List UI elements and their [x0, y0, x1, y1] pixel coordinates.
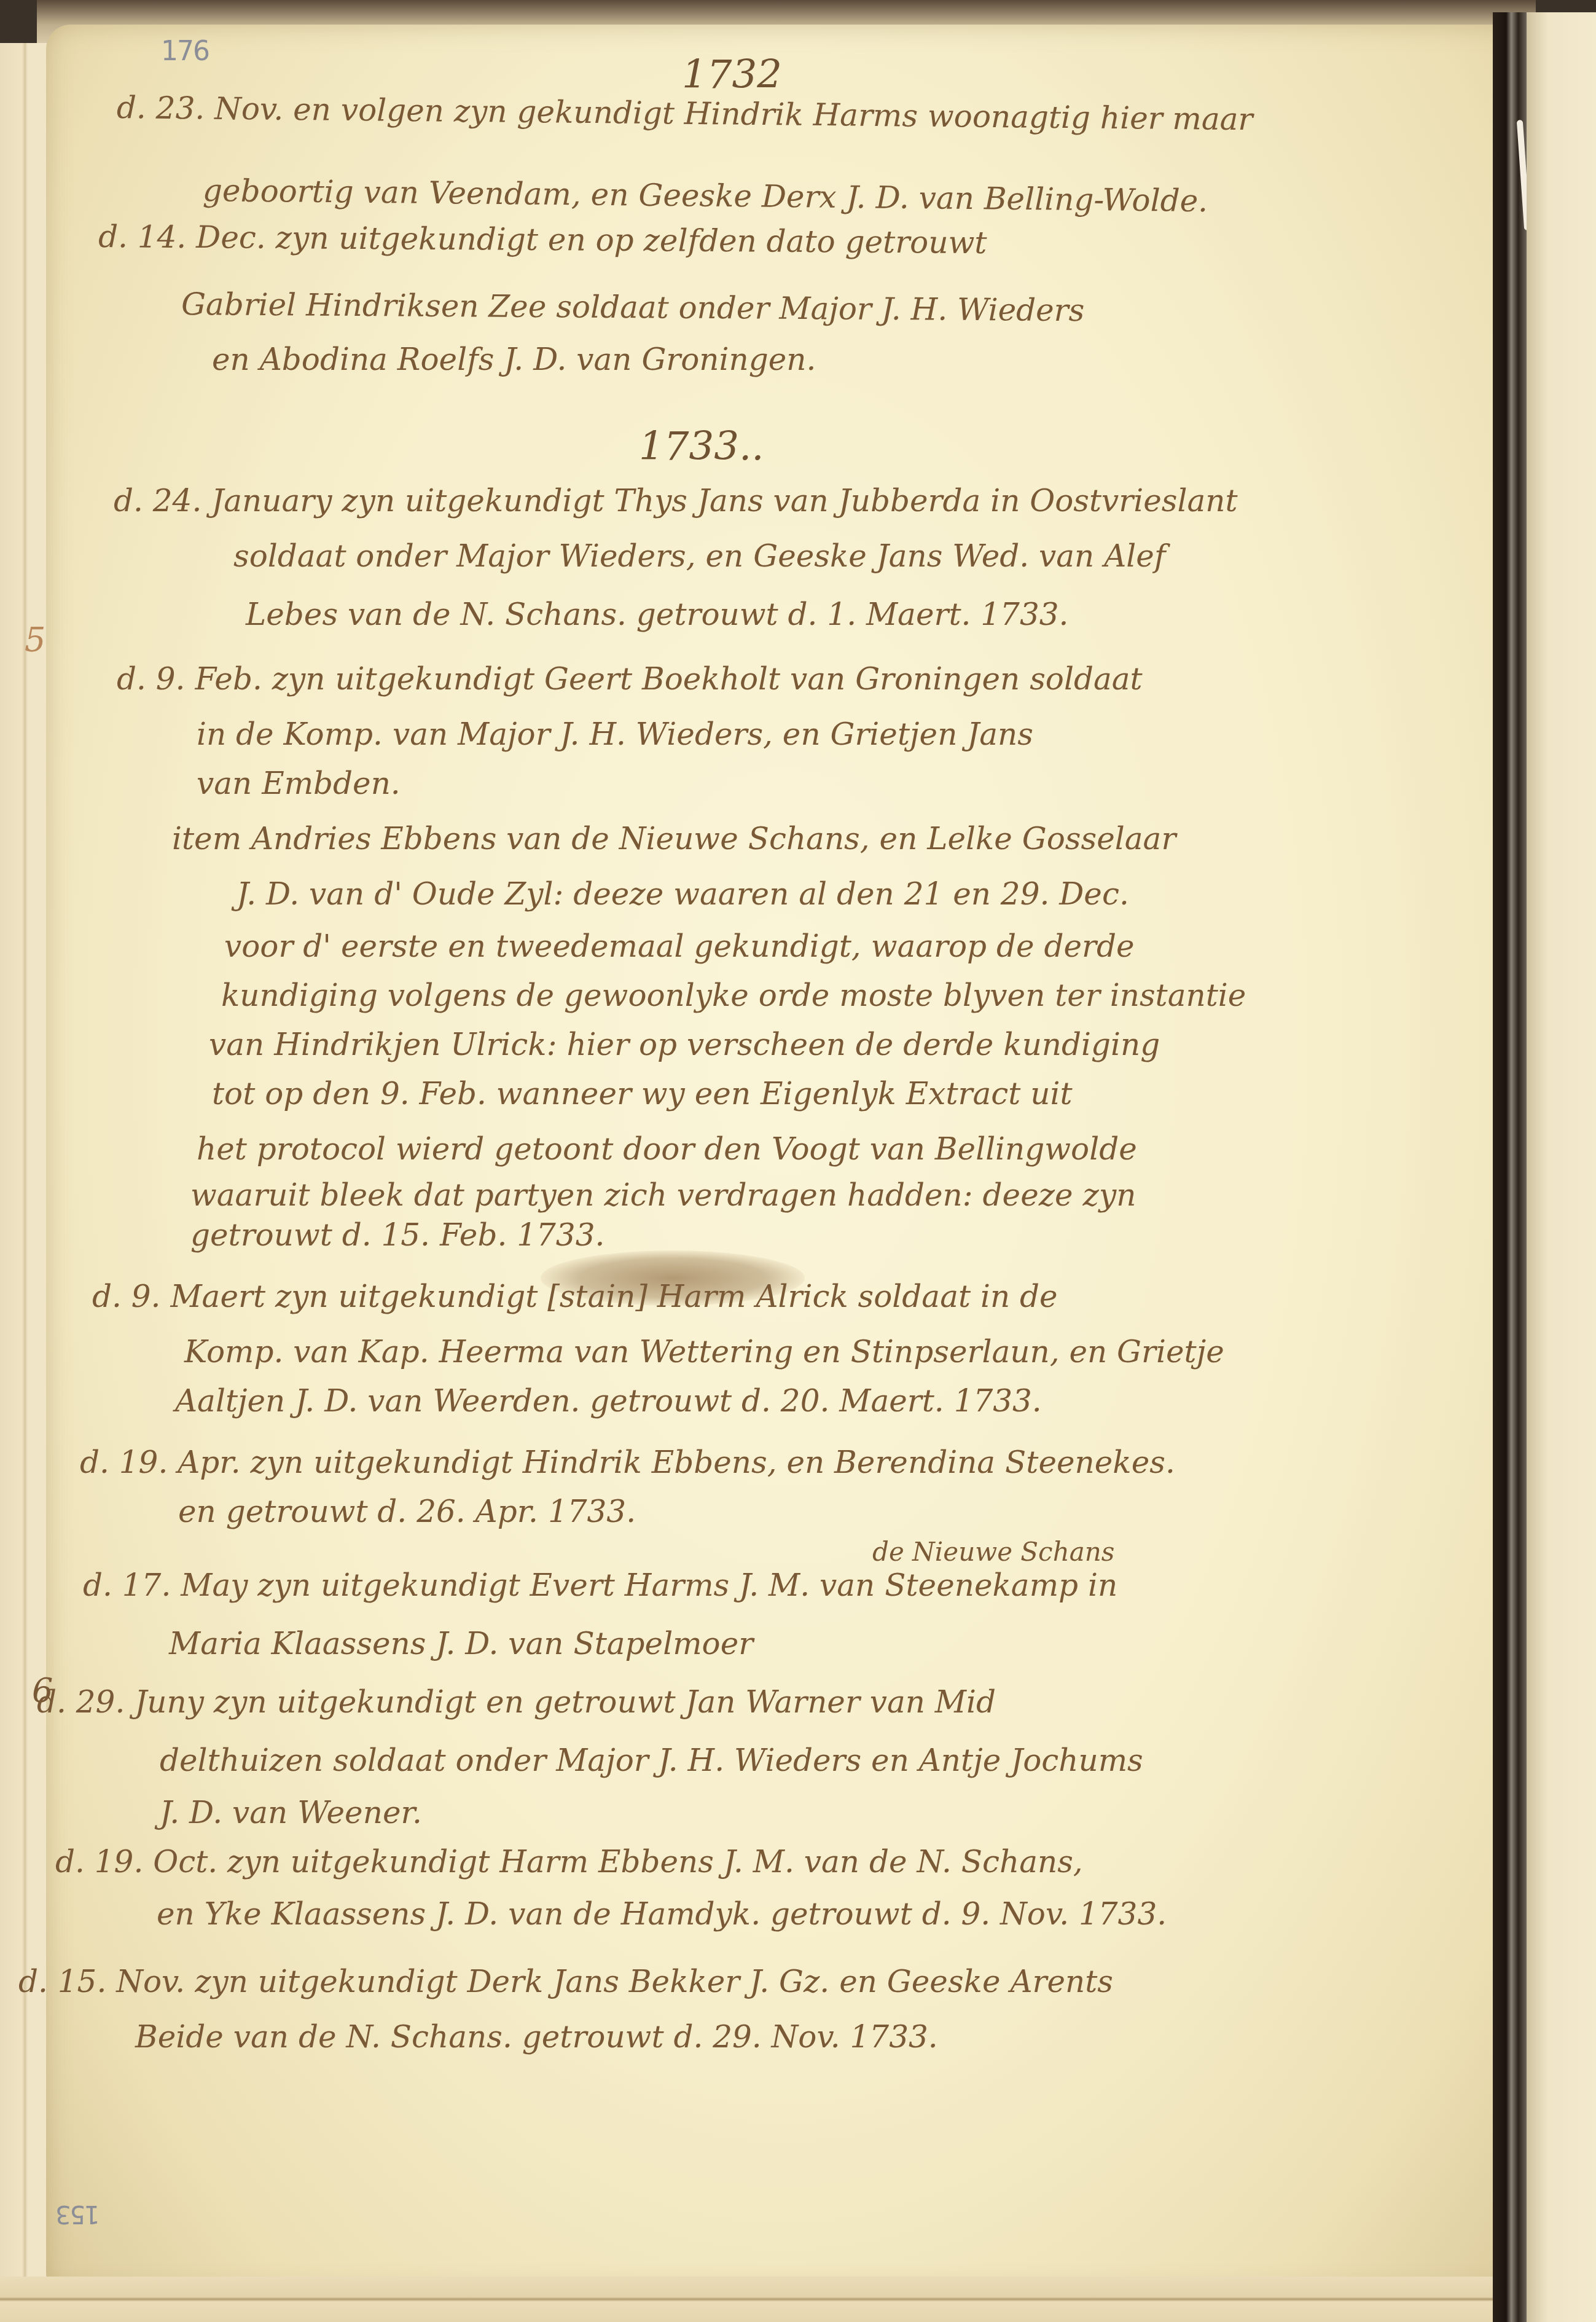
entry-line: d. 14. Dec. zyn uitgekundigt en op zelfd…	[98, 221, 987, 258]
margin-mark: 5	[25, 621, 45, 659]
entry-line: soldaat onder Major Wieders, en Geeske J…	[233, 541, 1165, 571]
entry-line: J. D. van Weener.	[160, 1797, 422, 1828]
entry-line: voor d' eerste en tweedemaal gekundigt, …	[224, 931, 1135, 962]
entry-line: Komp. van Kap. Heerma van Wettering en S…	[184, 1336, 1224, 1367]
entry-line: en getrouwt d. 26. Apr. 1733.	[178, 1496, 636, 1527]
entry-line: d. 29. Juny zyn uitgekundigt en getrouwt…	[37, 1687, 996, 1717]
entry-line: Gabriel Hindriksen Zee soldaat onder Maj…	[181, 289, 1085, 326]
entry-line: Maria Klaassens J. D. van Stapelmoer	[169, 1628, 753, 1659]
year-heading-1733: 1733..	[639, 424, 764, 469]
entry-line: van Embden.	[197, 768, 401, 799]
book-bottom-edges	[0, 2277, 1517, 2322]
entry-line: Aaltjen J. D. van Weerden. getrouwt d. 2…	[175, 1386, 1042, 1416]
entry-line: kundiging volgens de gewoonlyke orde mos…	[221, 980, 1246, 1011]
folio-number-bottom: 153	[57, 2200, 100, 2228]
entry-line: d. 9. Feb. zyn uitgekundigt Geert Boekho…	[117, 664, 1143, 694]
entry-line: d. 19. Apr. zyn uitgekundigt Hindrik Ebb…	[80, 1447, 1175, 1478]
entry-line: delthuizen soldaat onder Major J. H. Wie…	[160, 1745, 1143, 1776]
entry-line: d. 15. Nov. zyn uitgekundigt Derk Jans B…	[18, 1966, 1113, 1997]
entry-line: d. 9. Maert zyn uitgekundigt [stain] Har…	[92, 1281, 1058, 1312]
entry-line: het protocol wierd getoont door den Voog…	[197, 1134, 1137, 1164]
entry-line: van Hindrikjen Ulrick: hier op verscheen…	[209, 1029, 1160, 1060]
folio-number-top: 176	[161, 36, 209, 67]
entry-line: en Yke Klaassens J. D. van de Hamdyk. ge…	[157, 1899, 1167, 1929]
entry-line: waaruit bleek dat partyen zich verdragen…	[190, 1180, 1136, 1210]
entry-line: d. 24. January zyn uitgekundigt Thys Jan…	[114, 485, 1238, 516]
year-heading-1732: 1732	[682, 52, 782, 98]
adjacent-page-edge	[1527, 12, 1596, 2322]
entry-line: item Andries Ebbens van de Nieuwe Schans…	[172, 823, 1176, 854]
entry-line: d. 19. Oct. zyn uitgekundigt Harm Ebbens…	[55, 1846, 1083, 1877]
entry-line: d. 17. May zyn uitgekundigt Evert Harms …	[83, 1570, 1117, 1601]
entry-line: in de Komp. van Major J. H. Wieders, en …	[197, 719, 1033, 750]
entry-line: J. D. van d' Oude Zyl: deeze waaren al d…	[237, 879, 1129, 909]
entry-line: Beide van de N. Schans. getrouwt d. 29. …	[135, 2022, 938, 2052]
entry-line: en Abodina Roelfs J. D. van Groningen.	[212, 344, 816, 375]
entry-line: getrouwt d. 15. Feb. 1733.	[190, 1220, 604, 1250]
entry-line: Lebes van de N. Schans. getrouwt d. 1. M…	[246, 599, 1068, 630]
entry-line-insertion: de Nieuwe Schans	[872, 1539, 1114, 1565]
entry-line: tot op den 9. Feb. wanneer wy een Eigenl…	[212, 1078, 1073, 1109]
book-spine	[1493, 12, 1527, 2322]
